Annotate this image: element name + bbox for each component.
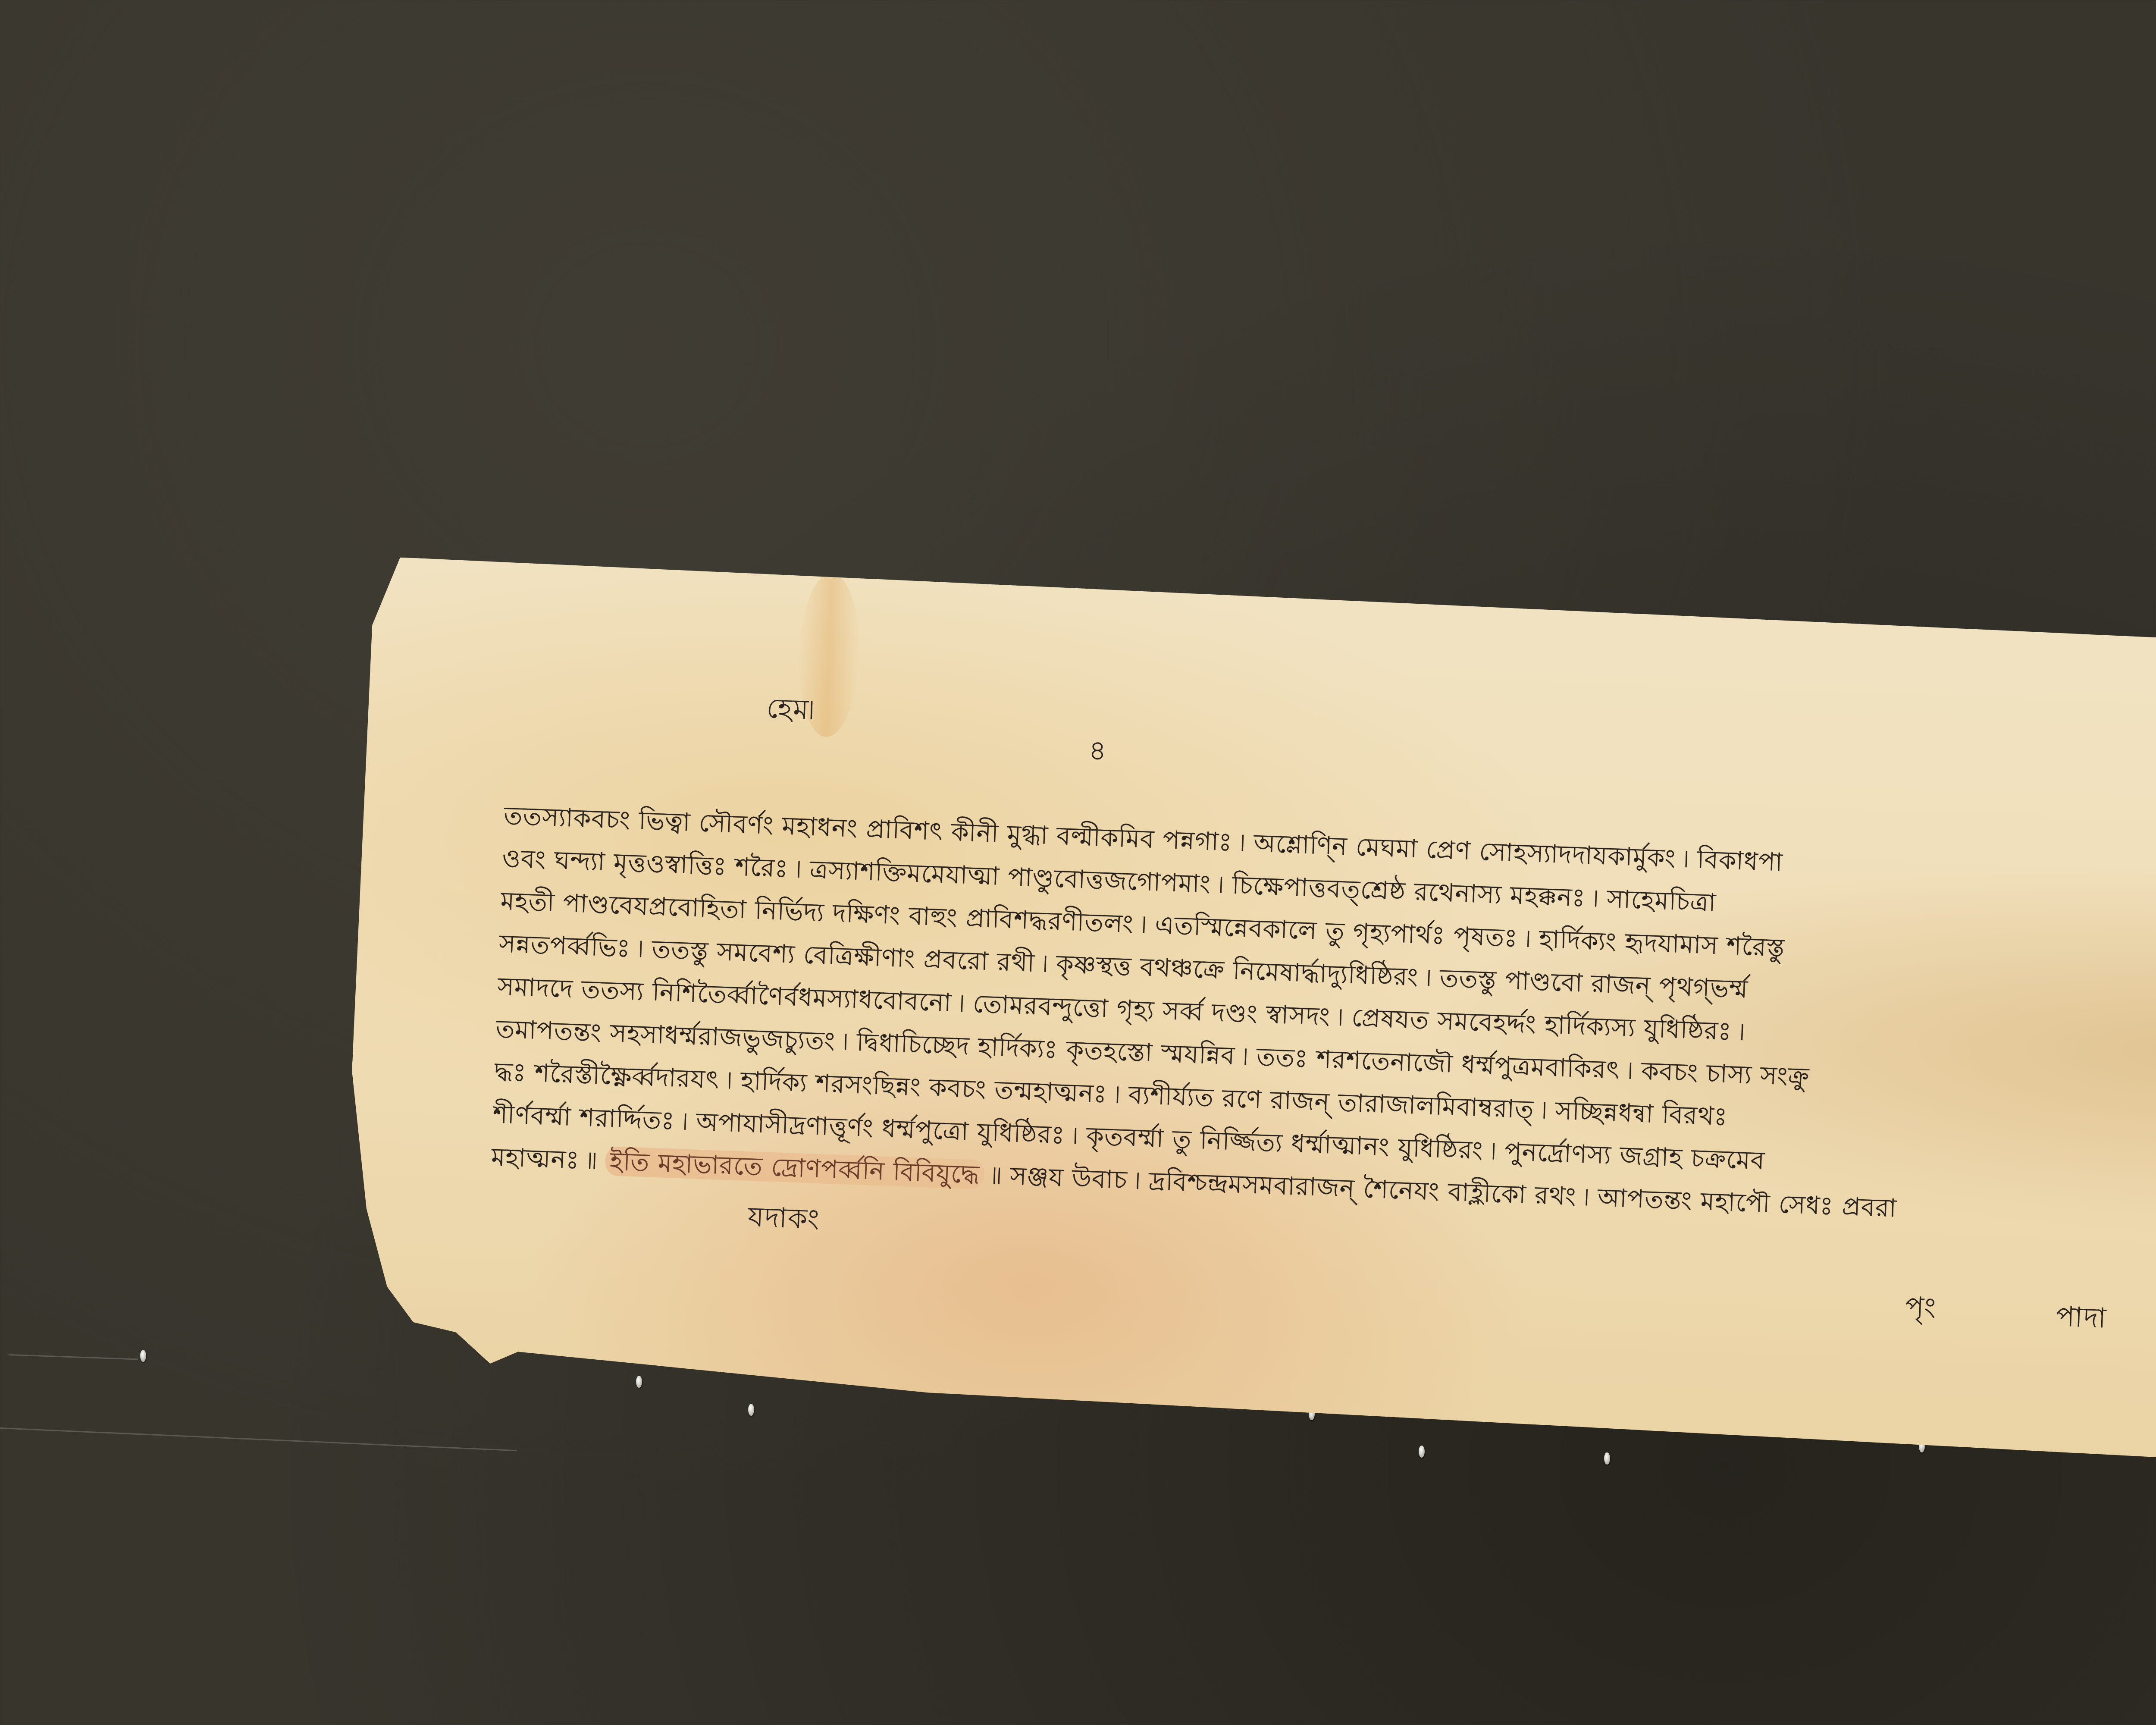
margin-note-folio: পৃং	[1904, 1286, 1937, 1333]
margin-note-folio-label: পাদা	[2055, 1295, 2108, 1343]
margin-note-catchword: যদাকং	[747, 1196, 821, 1245]
manuscript-leaf: হেম৷ ৪ ততস্যাকবচং ভিত্বা সৌবর্ণং মহাধনং …	[339, 556, 2156, 1486]
board-scratch	[0, 1427, 517, 1451]
margin-note-mark: ৪	[1087, 729, 1108, 776]
mounting-pin	[1604, 1452, 1610, 1465]
rubric-colophon: ইতি মহাভারতে দ্রোণপর্ব্বনি বিবিযুদ্ধে	[605, 1146, 984, 1189]
mounting-pin	[140, 1350, 146, 1362]
main-text: ততস্যাকবচং ভিত্বা সৌবর্ণং মহাধনং প্রাবিশ…	[490, 794, 2156, 1240]
mounting-pin	[636, 1376, 642, 1388]
mounting-pin	[748, 1404, 754, 1416]
margin-note-title: হেম৷	[766, 687, 816, 735]
board-scratch	[9, 1354, 138, 1360]
mounting-pin	[1419, 1446, 1425, 1458]
